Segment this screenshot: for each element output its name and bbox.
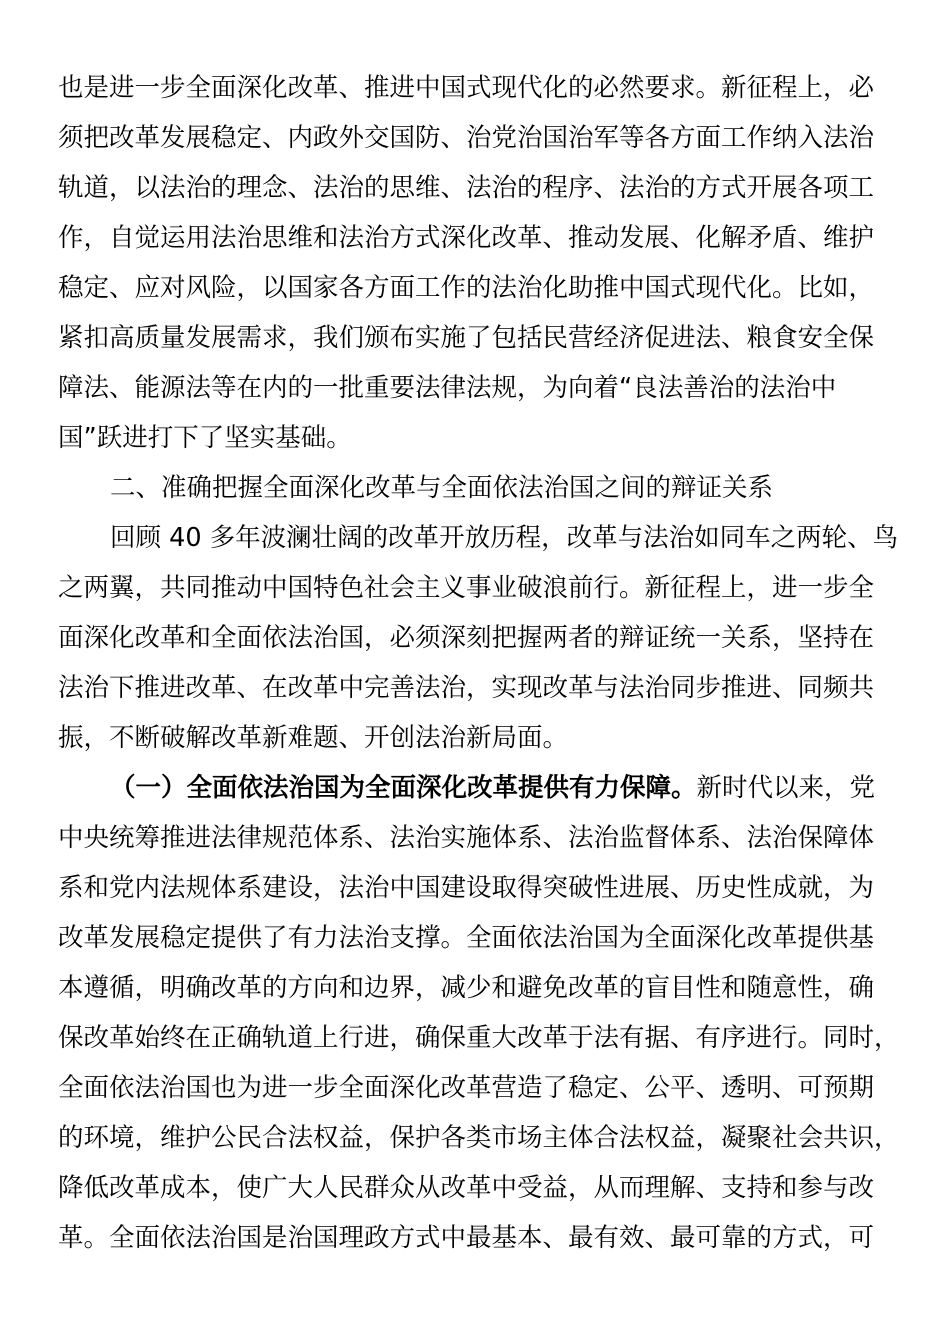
paragraph-3: （一）全面依法治国为全面深化改革提供有力保障。新时代以来，党 中央统筹推进法律规…: [58, 763, 888, 1263]
text-line: 国”跃进打下了坚实基础。: [58, 413, 888, 463]
text-line: 之两翼，共同推动中国特色社会主义事业破浪前行。新征程上，进一步全: [58, 563, 873, 613]
text-line: 也是进一步全面深化改革、推进中国式现代化的必然要求。新征程上，必: [58, 63, 873, 113]
section-heading: 二、准确把握全面深化改革与全面依法治国之间的辩证关系: [58, 463, 888, 513]
paragraph-1: 也是进一步全面深化改革、推进中国式现代化的必然要求。新征程上，必 须把改革发展稳…: [58, 63, 888, 463]
paragraph-2: 回顾 40 多年波澜壮阔的改革开放历程，改革与法治如同车之两轮、鸟 之两翼，共同…: [58, 513, 888, 763]
text-line: 紧扣高质量发展需求，我们颁布实施了包括民营经济促进法、粮食安全保: [58, 313, 873, 363]
text-line: 轨道，以法治的理念、法治的思维、法治的程序、法治的方式开展各项工: [58, 163, 873, 213]
document-page: 也是进一步全面深化改革、推进中国式现代化的必然要求。新征程上，必 须把改革发展稳…: [58, 63, 888, 1263]
subheading-rest: 新时代以来，党: [697, 773, 876, 803]
text-line: 革。全面依法治国是治国理政方式中最基本、最有效、最可靠的方式，可: [58, 1213, 873, 1263]
subheading-bold: （一）全面依法治国为全面深化改革提供有力保障。: [110, 773, 697, 803]
subheading-line: （一）全面依法治国为全面深化改革提供有力保障。新时代以来，党: [58, 763, 888, 813]
text-line: 系和党内法规体系建设，法治中国建设取得突破性进展、历史性成就，为: [58, 863, 873, 913]
text-line: 面深化改革和全面依法治国，必须深刻把握两者的辩证统一关系，坚持在: [58, 613, 873, 663]
text-line: 振，不断破解改革新难题、开创法治新局面。: [58, 713, 888, 763]
text-line: 障法、能源法等在内的一批重要法律法规，为向着“良法善治的法治中: [58, 363, 888, 413]
text-line: 回顾 40 多年波澜壮阔的改革开放历程，改革与法治如同车之两轮、鸟: [58, 513, 873, 563]
text-line: 稳定、应对风险，以国家各方面工作的法治化助推中国式现代化。比如，: [58, 263, 873, 313]
text-line: 中央统筹推进法律规范体系、法治实施体系、法治监督体系、法治保障体: [58, 813, 873, 863]
text-line: 法治下推进改革、在改革中完善法治，实现改革与法治同步推进、同频共: [58, 663, 873, 713]
text-line: 作，自觉运用法治思维和法治方式深化改革、推动发展、化解矛盾、维护: [58, 213, 873, 263]
text-line: 须把改革发展稳定、内政外交国防、治党治国治军等各方面工作纳入法治: [58, 113, 873, 163]
text-line: 全面依法治国也为进一步全面深化改革营造了稳定、公平、透明、可预期: [58, 1063, 873, 1113]
text-line: 本遵循，明确改革的方向和边界，减少和避免改革的盲目性和随意性，确: [58, 963, 873, 1013]
text-line: 降低改革成本，使广大人民群众从改革中受益，从而理解、支持和参与改: [58, 1163, 873, 1213]
text-line: 的环境，维护公民合法权益，保护各类市场主体合法权益，凝聚社会共识，: [58, 1113, 888, 1163]
text-line: 改革发展稳定提供了有力法治支撑。全面依法治国为全面深化改革提供基: [58, 913, 873, 963]
text-line: 保改革始终在正确轨道上行进，确保重大改革于法有据、有序进行。同时，: [58, 1013, 888, 1063]
